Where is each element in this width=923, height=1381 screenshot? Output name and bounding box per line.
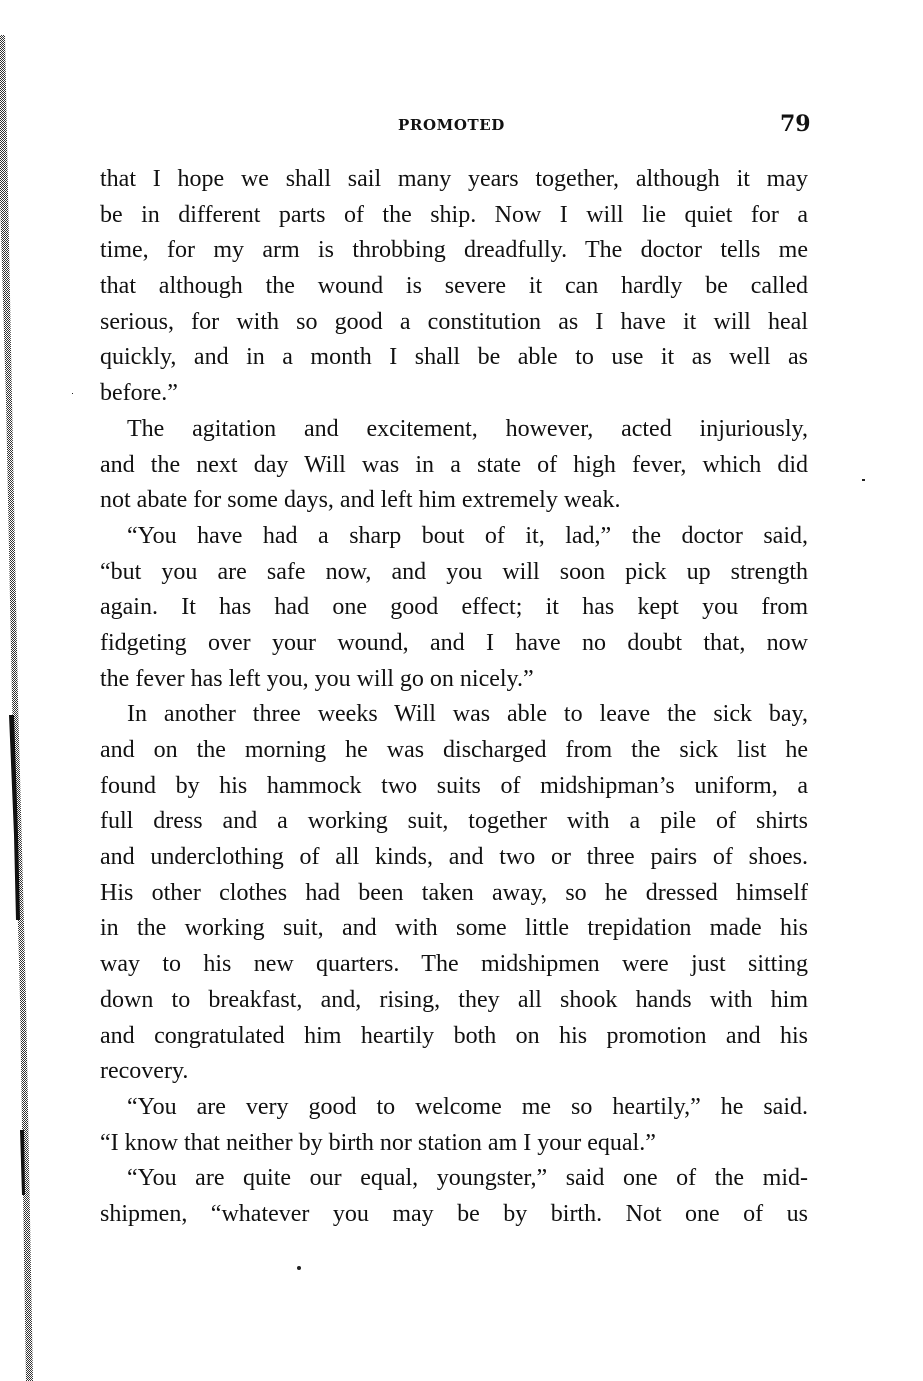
text-line: found by his hammock two suits of midshi…	[100, 769, 808, 805]
text-line: quickly, and in a month I shall be able …	[100, 340, 808, 376]
text-line: full dress and a working suit, together …	[100, 804, 808, 840]
text-line: recovery.	[100, 1054, 808, 1090]
paragraph-start-line: In another three weeks Will was able to …	[100, 697, 808, 733]
text-line: the fever has left you, you will go on n…	[100, 662, 808, 698]
text-line: serious, for with so good a constitution…	[100, 305, 808, 341]
text-line: and the next day Will was in a state of …	[100, 448, 808, 484]
text-line: and congratulated him heartily both on h…	[100, 1019, 808, 1055]
text-line: fidgeting over your wound, and I have no…	[100, 626, 808, 662]
scan-speck	[72, 393, 73, 394]
text-line: “I know that neither by birth nor statio…	[100, 1126, 808, 1162]
book-page: PROMOTED 79 that I hope we shall sail ma…	[0, 0, 923, 1381]
text-line: time, for my arm is throbbing dreadfully…	[100, 233, 808, 269]
paragraph-start-line: “You are quite our equal, youngster,” sa…	[100, 1161, 808, 1197]
text-line: way to his new quarters. The midshipmen …	[100, 947, 808, 983]
text-line: His other clothes had been taken away, s…	[100, 876, 808, 912]
text-line: again. It has had one good effect; it ha…	[100, 590, 808, 626]
text-line: be in different parts of the ship. Now I…	[100, 198, 808, 234]
paragraph-start-line: The agitation and excitement, however, a…	[100, 412, 808, 448]
text-line: that I hope we shall sail many years tog…	[100, 162, 808, 198]
text-line: down to breakfast, and, rising, they all…	[100, 983, 808, 1019]
body-text: that I hope we shall sail many years tog…	[100, 162, 808, 1233]
text-line: shipmen, “whatever you may be by birth. …	[100, 1197, 808, 1233]
text-line: that although the wound is severe it can…	[100, 269, 808, 305]
text-line: and on the morning he was discharged fro…	[100, 733, 808, 769]
text-line: “but you are safe now, and you will soon…	[100, 555, 808, 591]
running-header-title: PROMOTED	[398, 116, 505, 134]
paragraph-start-line: “You have had a sharp bout of it, lad,” …	[100, 519, 808, 555]
page-number: 79	[780, 111, 811, 137]
scan-speck	[297, 1266, 301, 1270]
text-line: not abate for some days, and left him ex…	[100, 483, 808, 519]
scan-speck	[862, 479, 865, 481]
text-line: before.”	[100, 376, 808, 412]
text-line: in the working suit, and with some littl…	[100, 911, 808, 947]
paragraph-start-line: “You are very good to welcome me so hear…	[100, 1090, 808, 1126]
text-line: and underclothing of all kinds, and two …	[100, 840, 808, 876]
